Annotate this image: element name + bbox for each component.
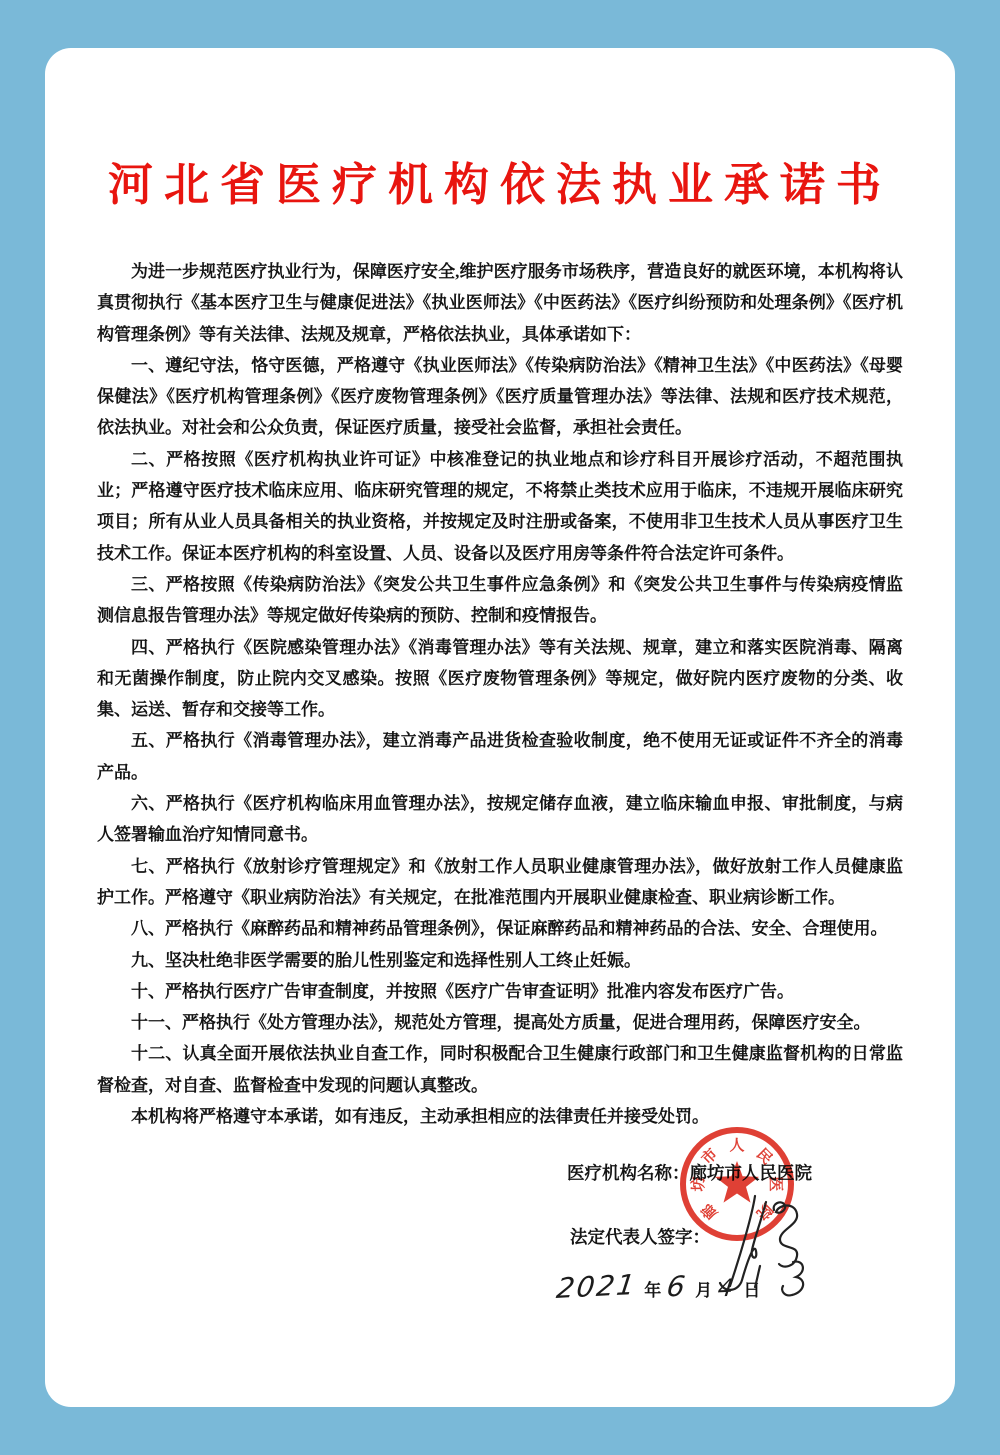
paragraph-item-5: 五、严格执行《消毒管理办法》，建立消毒产品进货检查验收制度，绝不使用无证或证件不… xyxy=(97,725,903,788)
paragraph-intro: 为进一步规范医疗执业行为，保障医疗安全,维护医疗服务市场秩序，营造良好的就医环境… xyxy=(97,256,903,350)
paragraph-item-2: 二、严格按照《医疗机构执业许可证》中核准登记的执业地点和诊疗科目开展诊疗活动，不… xyxy=(97,444,903,569)
paragraph-item-6: 六、严格执行《医疗机构临床用血管理办法》，按规定储存血液，建立临床输血申报、审批… xyxy=(97,788,903,851)
stamp-char: 人 xyxy=(729,1137,744,1154)
document-title: 河北省医疗机构依法执业承诺书 xyxy=(45,148,955,213)
paragraph-item-9: 九、坚决杜绝非医学需要的胎儿性别鉴定和选择性别人工终止妊娠。 xyxy=(97,945,903,976)
paragraph-item-4: 四、严格执行《医院感染管理办法》《消毒管理办法》等有关法规、规章，建立和落实医院… xyxy=(97,632,903,726)
paragraph-item-7: 七、严格执行《放射诊疗管理规定》和《放射工作人员职业健康管理办法》，做好放射工作… xyxy=(97,851,903,914)
paragraph-item-12: 十二、认真全面开展依法执业自查工作，同时积极配合卫生健康行政部门和卫生健康监督机… xyxy=(97,1038,903,1101)
paragraph-item-8: 八、严格执行《麻醉药品和精神药品管理条例》，保证麻醉药品和精神药品的合法、安全、… xyxy=(97,913,903,944)
document-page: 河北省医疗机构依法执业承诺书 为进一步规范医疗执业行为，保障医疗安全,维护医疗服… xyxy=(45,48,955,1407)
document-body: 为进一步规范医疗执业行为，保障医疗安全,维护医疗服务市场秩序，营造良好的就医环境… xyxy=(97,256,903,1132)
signature-strokes xyxy=(720,1196,803,1295)
paragraph-item-1: 一、遵纪守法，恪守医德，严格遵守《执业医师法》《传染病防治法》《精神卫生法》《中… xyxy=(97,350,903,444)
legal-representative-signature xyxy=(627,1188,872,1306)
organization-name-label: 医疗机构名称： xyxy=(567,1163,690,1183)
paragraph-item-11: 十一、严格执行《处方管理办法》，规范处方管理，提高处方质量，促进合理用药，保障医… xyxy=(97,1007,903,1038)
stamp-char: 民 xyxy=(753,1145,776,1168)
paragraph-item-10: 十、严格执行医疗广告审查制度，并按照《医疗广告审查证明》批准内容发布医疗广告。 xyxy=(97,976,903,1007)
paragraph-item-3: 三、严格按照《传染病防治法》《突发公共卫生事件应急条例》和《突发公共卫生事件与传… xyxy=(97,569,903,632)
stamp-char: 市 xyxy=(698,1145,721,1168)
